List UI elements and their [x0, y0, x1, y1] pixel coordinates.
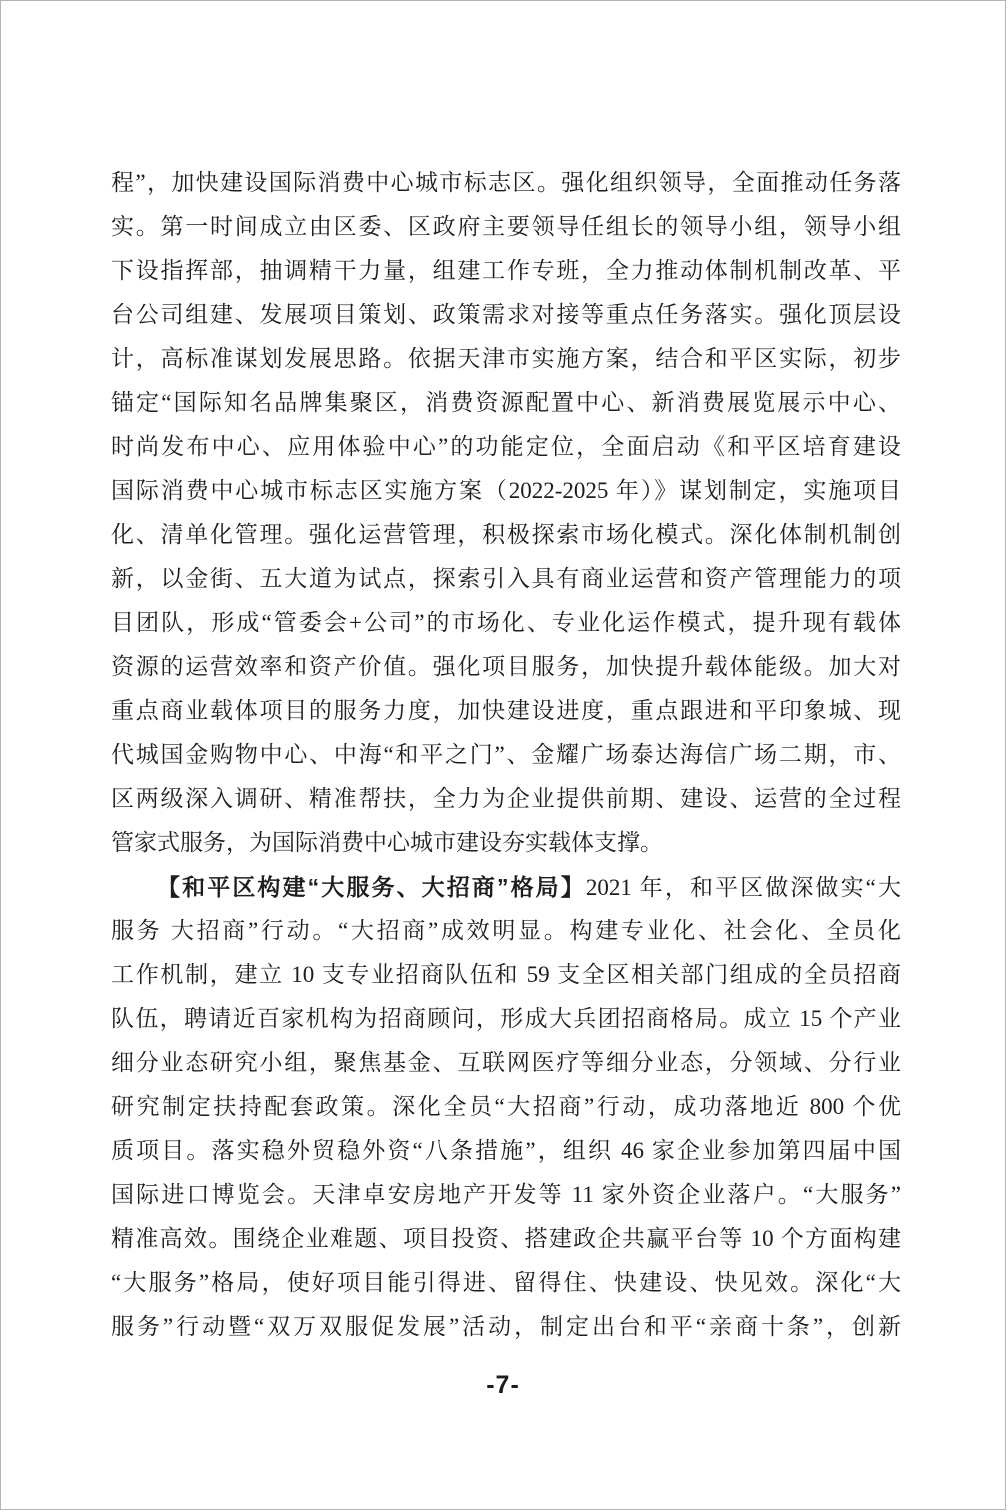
text-line-5: 计，高标准谋划发展思路。依据天津市实施方案，结合和平区实际，初步	[111, 337, 901, 381]
text-line-26: “大服务”格局，使好项目能引得进、留得住、快建设、快见效。深化“大	[111, 1261, 901, 1305]
text-line-1: 程”，加快建设国际消费中心城市标志区。强化组织领导，全面推动任务落	[111, 161, 901, 205]
text-line-7: 时尚发布中心、应用体验中心”的功能定位，全面启动《和平区培育建设	[111, 425, 901, 469]
text-line-4: 台公司组建、发展项目策划、政策需求对接等重点任务落实。强化顶层设	[111, 293, 901, 337]
text-line-13: 重点商业载体项目的服务力度，加快建设进度，重点跟进和平印象城、现	[111, 689, 901, 733]
text-line-21: 细分业态研究小组，聚焦基金、互联网医疗等细分业态，分领域、分行业	[111, 1041, 901, 1085]
text-line-17: 【和平区构建“大服务、大招商”格局】2021 年，和平区做深做实“大	[111, 865, 901, 909]
text-line-9: 化、清单化管理。强化运营管理，积极探索市场化模式。深化体制机制创	[111, 513, 901, 557]
text-line-6: 锚定“国际知名品牌集聚区，消费资源配置中心、新消费展览展示中心、	[111, 381, 901, 425]
text-line-16: 管家式服务，为国际消费中心城市建设夯实载体支撑。	[111, 821, 901, 865]
text-line-12: 资源的运营效率和资产价值。强化项目服务，加快提升载体能级。加大对	[111, 645, 901, 689]
text-line-22: 研究制定扶持配套政策。深化全员“大招商”行动，成功落地近 800 个优	[111, 1085, 901, 1129]
text-line-18: 服务 大招商”行动。“大招商”成效明显。构建专业化、社会化、全员化	[111, 909, 901, 953]
text-line-20: 队伍，聘请近百家机构为招商顾问，形成大兵团招商格局。成立 15 个产业	[111, 997, 901, 1041]
text-line-3: 下设指挥部，抽调精干力量，组建工作专班，全力推动体制机制改革、平	[111, 249, 901, 293]
document-page: 程”，加快建设国际消费中心城市标志区。强化组织领导，全面推动任务落实。第一时间成…	[0, 0, 1006, 1510]
text-line-10: 新，以金街、五大道为试点，探索引入具有商业运营和资产管理能力的项	[111, 557, 901, 601]
text-line-11: 目团队，形成“管委会+公司”的市场化、专业化运作模式，提升现有载体	[111, 601, 901, 645]
text-line-19: 工作机制，建立 10 支专业招商队伍和 59 支全区相关部门组成的全员招商	[111, 953, 901, 997]
text-line-15: 区两级深入调研、精准帮扶，全力为企业提供前期、建设、运营的全过程	[111, 777, 901, 821]
text-body: 程”，加快建设国际消费中心城市标志区。强化组织领导，全面推动任务落实。第一时间成…	[111, 161, 901, 1349]
text-line-14: 代城国金购物中心、中海“和平之门”、金耀广场泰达海信广场二期，市、	[111, 733, 901, 777]
page-number: -7-	[1, 1371, 1005, 1400]
text-line-23: 质项目。落实稳外贸稳外资“八条措施”，组织 46 家企业参加第四届中国	[111, 1129, 901, 1173]
entry-title: 【和平区构建“大服务、大招商”格局】	[157, 874, 586, 900]
text-line-25: 精准高效。围绕企业难题、项目投资、搭建政企共赢平台等 10 个方面构建	[111, 1217, 901, 1261]
text-line-27: 服务”行动暨“双万双服促发展”活动，制定出台和平“亲商十条”，创新	[111, 1305, 901, 1349]
text-line-8: 国际消费中心城市标志区实施方案（2022-2025 年）》谋划制定，实施项目	[111, 469, 901, 513]
text-line-2: 实。第一时间成立由区委、区政府主要领导任组长的领导小组，领导小组	[111, 205, 901, 249]
text-line-24: 国际进口博览会。天津卓安房地产开发等 11 家外资企业落户。“大服务”	[111, 1173, 901, 1217]
